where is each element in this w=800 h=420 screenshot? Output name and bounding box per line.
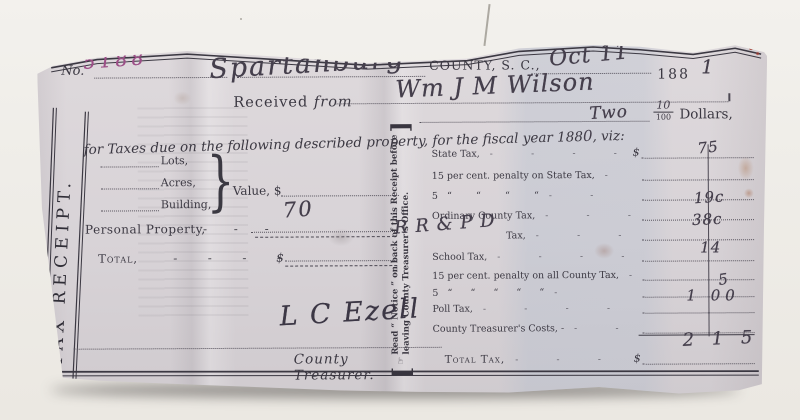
amount-line bbox=[642, 279, 754, 281]
ordinary-county-tax-amount-handwritten: 19c bbox=[693, 188, 724, 208]
value-blank-line bbox=[281, 195, 399, 197]
stain bbox=[744, 188, 754, 198]
property-item-lots: Lots, bbox=[101, 154, 189, 167]
personal-property-line bbox=[251, 231, 395, 233]
stain bbox=[594, 243, 614, 259]
total-label: Total, bbox=[98, 251, 138, 265]
tax-table: State Tax,- - - - -$ 15 per cent. penalt… bbox=[432, 138, 759, 380]
receipt-paper: TAX RECEIPT. [ ☞ Read “ Notice ” on back… bbox=[37, 44, 769, 400]
tax-receipt-side-title: TAX RECEIPT. bbox=[47, 104, 79, 367]
poll-tax-amount-handwritten: 1 00 bbox=[686, 286, 739, 304]
line-end-tick bbox=[728, 93, 730, 101]
treasurer-signature-handwritten: L C Ezell bbox=[279, 293, 421, 332]
property-item-building: Building, bbox=[101, 198, 211, 212]
dollar-sign: $ bbox=[634, 352, 643, 365]
stain bbox=[749, 46, 753, 50]
quantity-blank bbox=[101, 200, 159, 211]
dollar-sign: $ bbox=[633, 146, 642, 159]
railroad-tax-amount-handwritten: 38c bbox=[692, 210, 723, 229]
dollars-label: Dollars, bbox=[679, 106, 732, 122]
amount-line bbox=[643, 363, 755, 365]
property-block: Lots, Acres, Building, } Value, $ Person… bbox=[83, 151, 434, 420]
personal-property-dashes: - - - bbox=[203, 222, 269, 236]
signature-line bbox=[74, 347, 442, 350]
property-item-acres: Acres, bbox=[101, 176, 196, 189]
year-digit-handwritten: 1 bbox=[701, 56, 714, 78]
photograph-of-tax-receipt: TAX RECEIPT. [ ☞ Read “ Notice ” on back… bbox=[0, 0, 800, 420]
stain bbox=[756, 52, 759, 55]
receipt-number-label: No. bbox=[61, 64, 84, 79]
treasurer-title: County Treasurer. bbox=[294, 351, 434, 384]
amount-in-words-handwritten: Two bbox=[589, 102, 629, 124]
fraction-denominator: 100 bbox=[653, 114, 673, 122]
stain bbox=[328, 228, 354, 246]
tax-row-total: Total Tax,- - - - -$ bbox=[433, 350, 755, 366]
stain bbox=[738, 156, 754, 180]
brace: } bbox=[206, 142, 234, 219]
fraction-numerator-handwritten: 10 bbox=[653, 101, 673, 111]
year-printed: 188 bbox=[657, 66, 690, 82]
county-name-handwritten: Spartanburg bbox=[208, 43, 405, 85]
quantity-blank bbox=[101, 178, 159, 189]
state-tax-amount-handwritten: 75 bbox=[697, 137, 720, 157]
personal-property-value-handwritten: 70 bbox=[282, 196, 314, 222]
total-tax-written-handwritten: 2 1 5 bbox=[682, 327, 759, 351]
receipt-number-handwritten: 5188 bbox=[82, 47, 148, 74]
amount-line bbox=[642, 260, 754, 262]
amount-line bbox=[642, 179, 754, 181]
school-tax-amount-handwritten: 14 bbox=[700, 238, 721, 256]
payer-name-handwritten: Wm J M Wilson bbox=[395, 68, 595, 104]
personal-property-label: Personal Property, bbox=[85, 222, 206, 237]
value-label: Value, $ bbox=[233, 184, 282, 198]
tax-row-state-penalty: 15 per cent. penalty on State Tax,- - bbox=[432, 166, 754, 182]
total-blank-line2 bbox=[285, 265, 397, 267]
background-scratch bbox=[483, 4, 490, 46]
cents-fraction: 10 100 bbox=[653, 101, 673, 122]
amount-line bbox=[642, 239, 754, 241]
stain bbox=[173, 91, 191, 105]
personal-property-line2 bbox=[255, 236, 395, 238]
amount-line bbox=[642, 312, 754, 314]
background-speck bbox=[240, 18, 242, 20]
quantity-blank bbox=[101, 156, 159, 167]
tax-row-county-penalty: 15 per cent. penalty on all County Tax,- bbox=[432, 266, 754, 282]
total-dollar-sign: $ bbox=[276, 251, 284, 265]
total-dashes: - - - - bbox=[173, 251, 281, 266]
number-blank-line bbox=[94, 77, 227, 79]
paper-surface: TAX RECEIPT. [ ☞ Read “ Notice ” on back… bbox=[37, 44, 769, 400]
total-blank-line bbox=[285, 260, 397, 262]
